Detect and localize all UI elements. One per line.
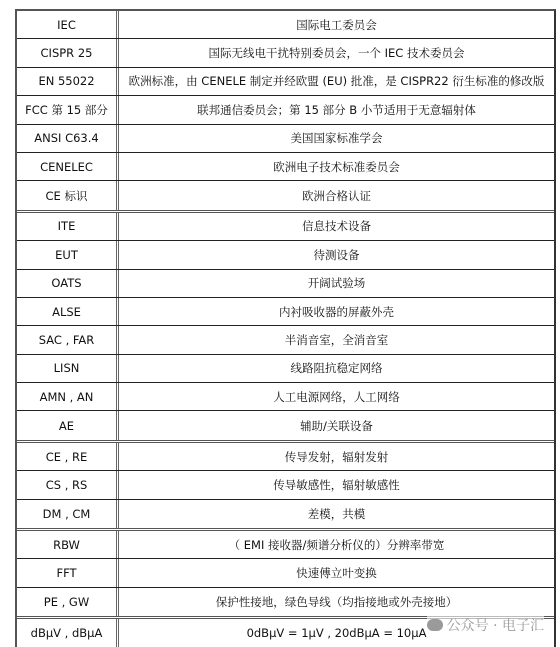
description-cell: （ EMI 接收器/频谱分析仪的）分辨率带宽 [119, 531, 554, 558]
table-row: SAC , FAR半消音室，全消音室 [17, 326, 554, 354]
table-row: LISN线路阻抗稳定网络 [17, 355, 554, 383]
description-cell: 欧洲标准，由 CENELE 制定并经欧盟 (EU) 批准，是 CISPR22 衍… [119, 68, 554, 95]
term-cell: FCC 第 15 部分 [17, 96, 119, 123]
term-cell: CE 标识 [17, 181, 119, 209]
term-cell: FFT [17, 559, 119, 586]
description-cell: 待测设备 [119, 241, 554, 268]
table-row: CE , RE传导发射，辐射发射 [17, 443, 554, 471]
term-cell: EN 55022 [17, 68, 119, 95]
description-cell: 欧洲合格认证 [119, 181, 554, 209]
description-cell: 开阔试验场 [119, 270, 554, 297]
description-cell: 传导发射，辐射发射 [119, 443, 554, 470]
table-row: ITE信息技术设备 [17, 213, 554, 241]
term-cell: AE [17, 411, 119, 439]
description-cell: 内衬吸收器的屏蔽外壳 [119, 298, 554, 325]
description-cell: 信息技术设备 [119, 213, 554, 240]
description-cell: 国际无线电干扰特别委员会，一个 IEC 技术委员会 [119, 39, 554, 66]
term-cell: IEC [17, 11, 119, 38]
description-cell: 欧洲电子技术标准委员会 [119, 153, 554, 180]
table-row: CE 标识欧洲合格认证 [17, 181, 554, 209]
table-row: ALSE内衬吸收器的屏蔽外壳 [17, 298, 554, 326]
term-cell: EUT [17, 241, 119, 268]
term-cell: RBW [17, 531, 119, 558]
description-cell: 美国国家标准学会 [119, 125, 554, 152]
term-cell: CE , RE [17, 443, 119, 470]
description-cell: 辅助/关联设备 [119, 411, 554, 439]
table-row: PE , GW保护性接地，绿色导线（均指接地或外壳接地） [17, 588, 554, 616]
description-cell: 传导敏感性，辐射敏感性 [119, 471, 554, 498]
description-cell: 人工电源网络，人工网络 [119, 383, 554, 410]
term-cell: ALSE [17, 298, 119, 325]
table-row: ANSI C63.4美国国家标准学会 [17, 125, 554, 153]
wechat-icon [427, 619, 443, 631]
term-cell: AMN , AN [17, 383, 119, 410]
group-emission-types: CE , RE传导发射，辐射发射 CS , RS传导敏感性，辐射敏感性 DM ,… [17, 443, 554, 531]
term-cell: CS , RS [17, 471, 119, 498]
table-row: AE辅助/关联设备 [17, 411, 554, 439]
group-standards: IEC国际电工委员会 CISPR 25国际无线电干扰特别委员会，一个 IEC 技… [17, 11, 554, 213]
term-cell: PE , GW [17, 588, 119, 616]
description-cell: 半消音室，全消音室 [119, 326, 554, 353]
description-cell: 差模，共模 [119, 500, 554, 528]
term-cell: ANSI C63.4 [17, 125, 119, 152]
group-measurement: RBW（ EMI 接收器/频谱分析仪的）分辨率带宽 FFT快速傅立叶变换 PE … [17, 531, 554, 619]
table-row: CS , RS传导敏感性，辐射敏感性 [17, 471, 554, 499]
table-row: DM , CM差模，共模 [17, 500, 554, 528]
description-cell: 国际电工委员会 [119, 11, 554, 38]
watermark: 公众号 · 电子汇 [427, 615, 544, 635]
description-cell: 联邦通信委员会；第 15 部分 B 小节适用于无意辐射体 [119, 96, 554, 123]
table-row: CENELEC欧洲电子技术标准委员会 [17, 153, 554, 181]
table-row: RBW（ EMI 接收器/频谱分析仪的）分辨率带宽 [17, 531, 554, 559]
watermark-text: 公众号 · 电子汇 [447, 615, 544, 635]
table-row: IEC国际电工委员会 [17, 11, 554, 39]
term-cell: DM , CM [17, 500, 119, 528]
term-cell: SAC , FAR [17, 326, 119, 353]
term-cell: LISN [17, 355, 119, 382]
description-cell: 保护性接地，绿色导线（均指接地或外壳接地） [119, 588, 554, 616]
description-cell: 线路阻抗稳定网络 [119, 355, 554, 382]
table-row: AMN , AN人工电源网络，人工网络 [17, 383, 554, 411]
table-row: FFT快速傅立叶变换 [17, 559, 554, 587]
term-cell: CENELEC [17, 153, 119, 180]
term-cell: OATS [17, 270, 119, 297]
table-row: CISPR 25国际无线电干扰特别委员会，一个 IEC 技术委员会 [17, 39, 554, 67]
table-row: EUT待测设备 [17, 241, 554, 269]
description-cell: 快速傅立叶变换 [119, 559, 554, 586]
term-cell: ITE [17, 213, 119, 240]
table-row: FCC 第 15 部分联邦通信委员会；第 15 部分 B 小节适用于无意辐射体 [17, 96, 554, 124]
table-row: EN 55022欧洲标准，由 CENELE 制定并经欧盟 (EU) 批准，是 C… [17, 68, 554, 96]
term-cell: CISPR 25 [17, 39, 119, 66]
table-row: OATS开阔试验场 [17, 270, 554, 298]
term-cell: dBμV , dBμA [17, 619, 119, 647]
group-test-setup: ITE信息技术设备 EUT待测设备 OATS开阔试验场 ALSE内衬吸收器的屏蔽… [17, 213, 554, 443]
glossary-table: IEC国际电工委员会 CISPR 25国际无线电干扰特别委员会，一个 IEC 技… [15, 9, 556, 647]
